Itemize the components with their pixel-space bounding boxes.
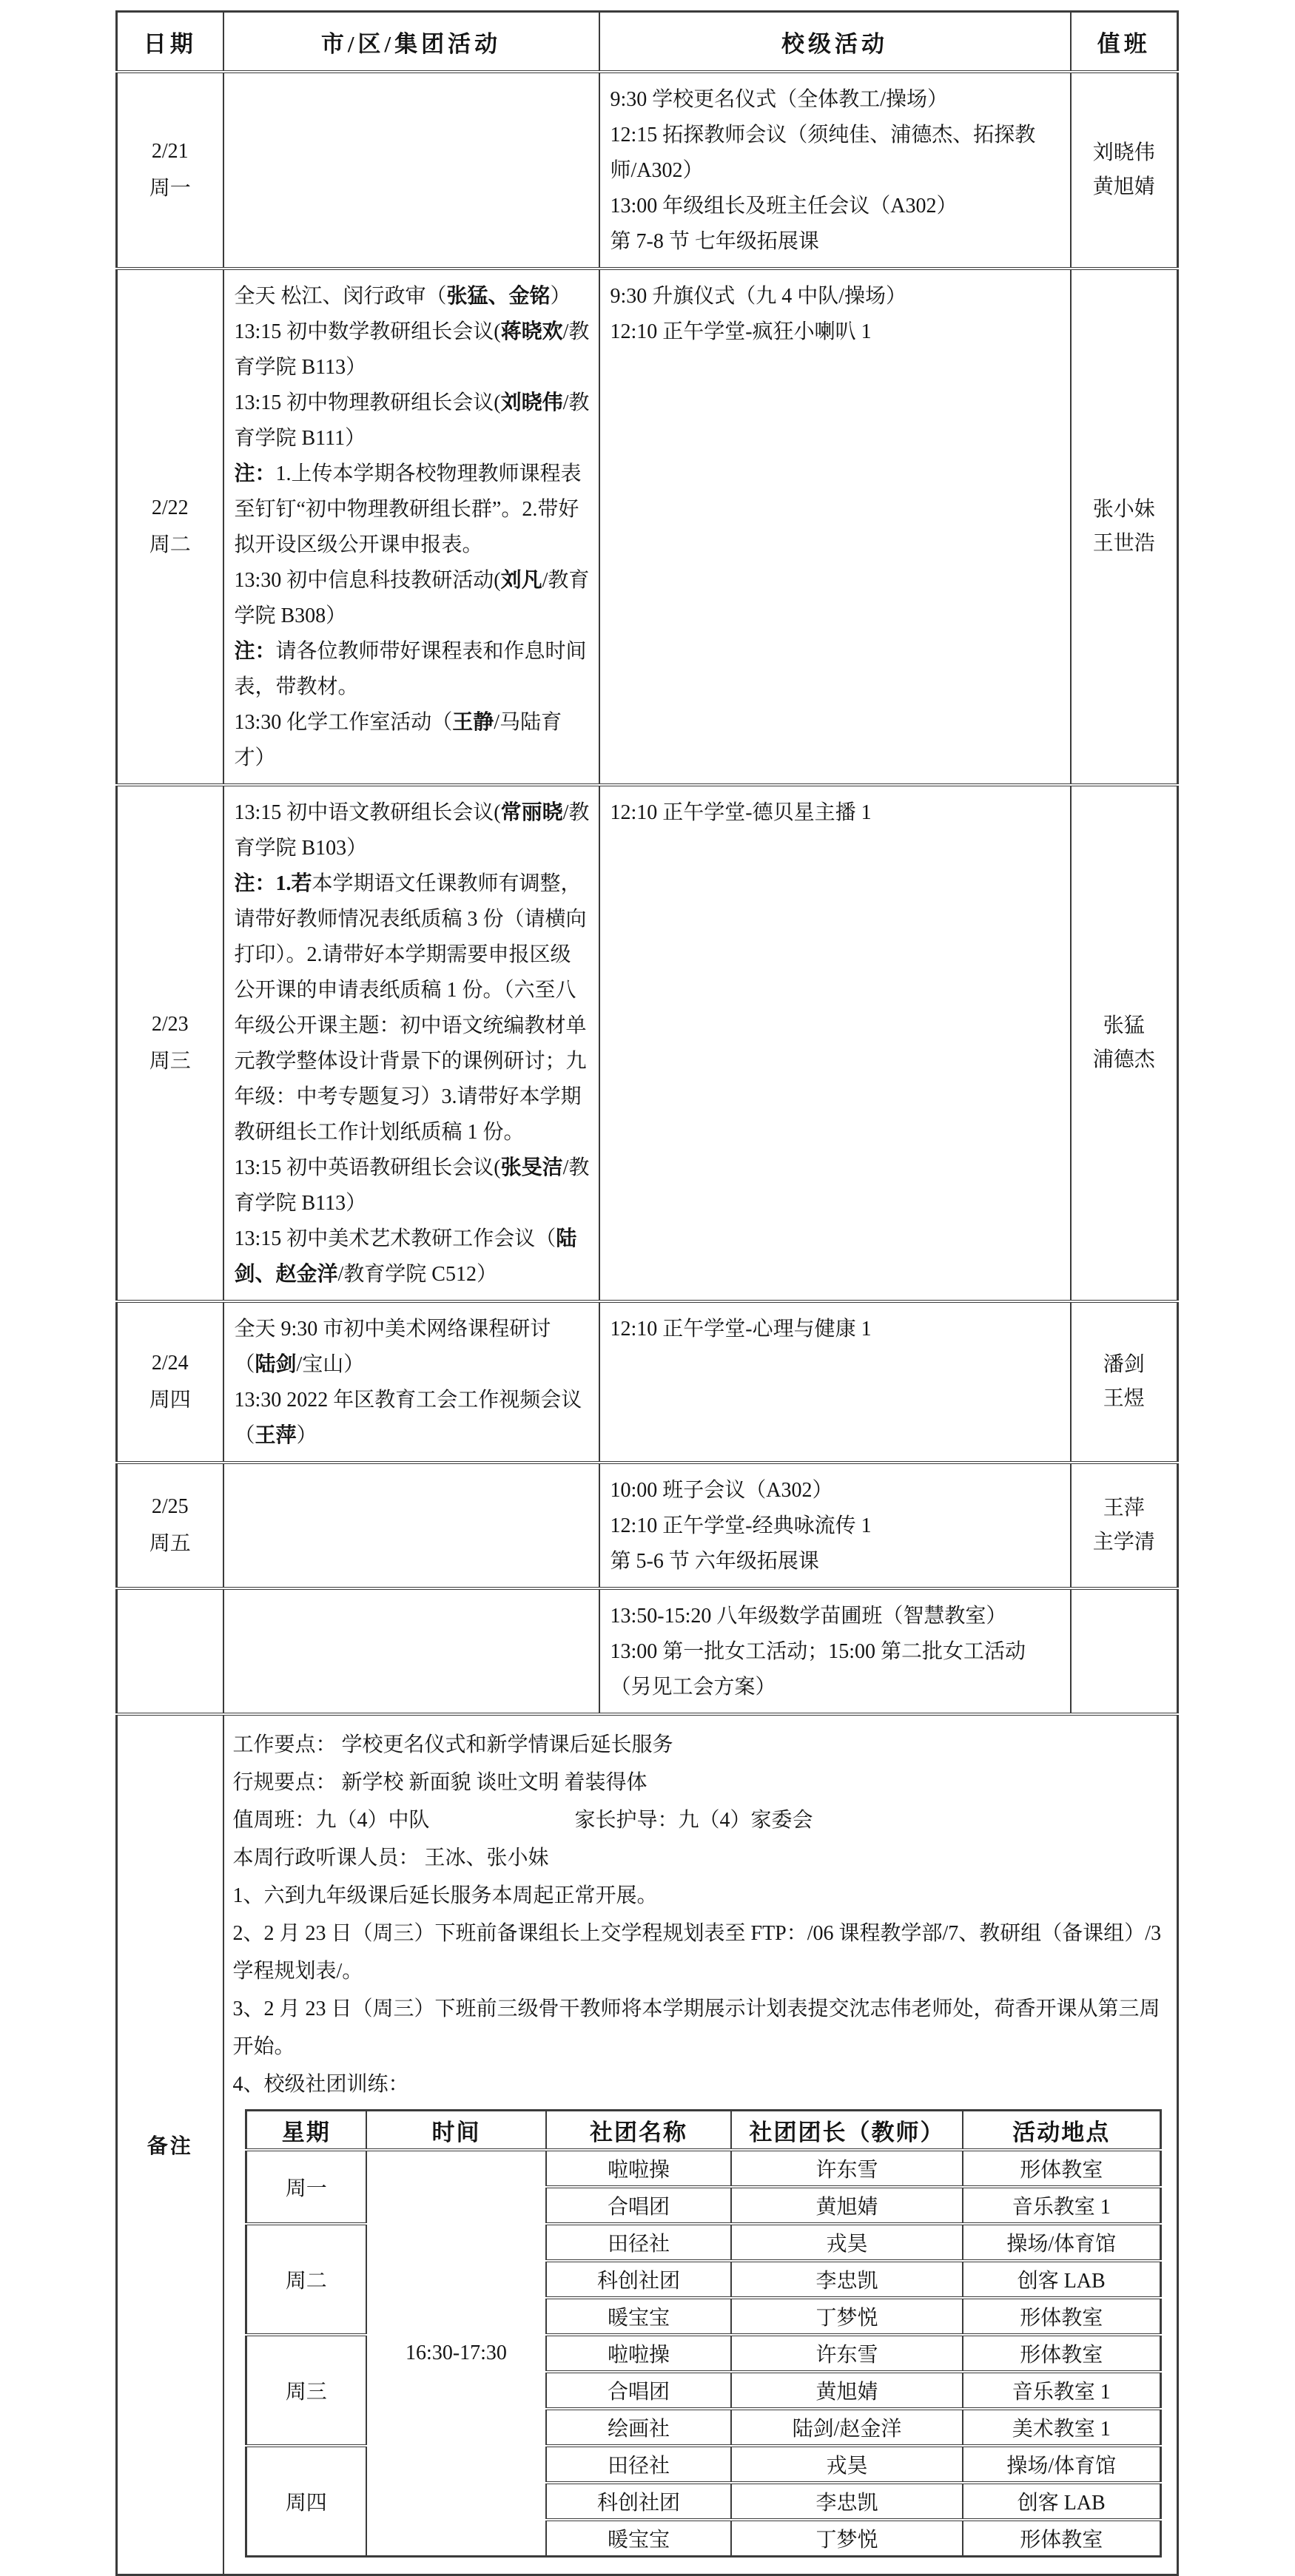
activity-line: 第 7-8 节 七年级拓展课 (610, 224, 1061, 260)
notes-label-cell: 备注 (117, 1714, 223, 2575)
club-leader-cell: 许东雪 (731, 2150, 963, 2187)
header-date: 日期 (117, 12, 223, 73)
text-segment: 张旻洁 (501, 1156, 563, 1179)
school-activities-cell: 13:50-15:20 八年级数学苗圃班（智慧教室）13:00 第一批女工活动；… (599, 1588, 1071, 1714)
activity-line: 13:30 2022 年区教育工会工作视频会议（王萍） (235, 1383, 590, 1454)
club-header-leader: 社团团长（教师） (731, 2111, 963, 2151)
text-segment: 第 5-6 节 六年级拓展课 (610, 1550, 819, 1573)
note-line: 行规要点： 新学校 新面貌 谈吐文明 着装得体 (233, 1764, 1170, 1801)
header-district-activities: 市/区/集团活动 (223, 12, 599, 73)
text-segment: /教育学院 C512） (338, 1263, 497, 1286)
text-segment: 注： (235, 462, 276, 485)
date-cell (117, 1588, 223, 1714)
club-place-cell: 形体教室 (963, 2150, 1160, 2187)
schedule-table: 日期 市/区/集团活动 校级活动 值班 2/21周一9:30 学校更名仪式（全体… (115, 10, 1179, 2576)
note-line: 2、2 月 23 日（周三）下班前备课组长上交学程规划表至 FTP：/06 课程… (233, 1915, 1170, 1990)
club-place-cell: 形体教室 (963, 2335, 1160, 2372)
text-segment: 13:15 初中英语教研组长会议( (235, 1156, 501, 1179)
duty-name: 黄旭婧 (1073, 170, 1176, 204)
district-activities-cell: 全天 松江、闵行政审（张猛、金铭）13:15 初中数学教研组长会议(蒋晓欢/教育… (223, 269, 599, 785)
school-activities-cell: 12:10 正午学堂-心理与健康 1 (599, 1301, 1071, 1463)
duty-name: 潘剑 (1073, 1348, 1176, 1382)
duty-name: 王煜 (1073, 1382, 1176, 1416)
text-segment: 12:10 正午学堂-经典咏流传 1 (610, 1514, 872, 1537)
date-cell: 2/24周四 (117, 1301, 223, 1463)
activity-line: 12:10 正午学堂-心理与健康 1 (610, 1312, 1061, 1347)
activity-line: 12:10 正午学堂-经典咏流传 1 (610, 1508, 1061, 1544)
activity-line: 注：请各位教师带好课程表和作息时间表，带教材。 (235, 634, 590, 705)
activity-line: 12:15 拓探教师会议（须纯佳、浦德杰、拓探教师/A302） (610, 118, 1061, 189)
text-segment: 13:30 初中信息科技教研活动( (235, 569, 501, 592)
date-cell: 2/21周一 (117, 72, 223, 269)
club-header-place: 活动地点 (963, 2111, 1160, 2151)
note-line: 本周行政听课人员： 王冰、张小妹 (233, 1839, 1170, 1877)
text-segment: 张猛、金铭 (447, 285, 551, 308)
text-segment: 王静 (452, 711, 494, 734)
school-activities-cell: 9:30 升旗仪式（九 4 中队/操场）12:10 正午学堂-疯狂小喇叭 1 (599, 269, 1071, 785)
text-segment: 12:10 正午学堂-心理与健康 1 (610, 1318, 872, 1341)
duty-name: 浦德杰 (1073, 1043, 1176, 1077)
activity-line: 12:10 正午学堂-德贝星主播 1 (610, 795, 1061, 831)
text-segment: 9:30 学校更名仪式（全体教工/操场） (610, 88, 949, 111)
text-segment: 本学期语文任课教师有调整，请带好教师情况表纸质稿 3 份（请横向打印）。2.请带… (235, 872, 587, 1144)
duty-name: 张猛 (1073, 1009, 1176, 1043)
text-segment: 蒋晓欢 (501, 320, 563, 343)
text-segment: 请各位教师带好课程表和作息时间表，带教材。 (235, 640, 587, 698)
activity-line: 13:00 年级组长及班主任会议（A302） (610, 189, 1061, 224)
club-header-row: 星期时间社团名称社团团长（教师）活动地点 (246, 2111, 1160, 2151)
text-segment: 常丽晓 (501, 801, 563, 824)
duty-name: 张小妹 (1073, 493, 1176, 527)
text-segment: 13:15 初中物理教研组长会议( (235, 391, 501, 414)
date-text: 2/24 (119, 1345, 221, 1382)
text-segment: 陆剑 (255, 1353, 297, 1376)
club-name-cell: 合唱团 (546, 2187, 731, 2224)
text-segment: 1.上传本学期各校物理教师课程表至钉钉“初中物理教研组长群”。2.带好拟开设区级… (235, 462, 582, 556)
text-segment: 2、2 月 23 日（周三）下班前备课组长上交学程规划表至 FTP：/06 课程… (233, 1922, 1162, 1983)
schedule-row: 13:50-15:20 八年级数学苗圃班（智慧教室）13:00 第一批女工活动；… (117, 1588, 1178, 1714)
club-place-cell: 创客 LAB (963, 2261, 1160, 2298)
date-text: 周五 (119, 1525, 221, 1562)
text-segment: 刘晓伟 (501, 391, 563, 414)
activity-line: 13:30 化学工作室活动（王静/马陆育才） (235, 705, 590, 776)
text-segment: 注：1.若 (235, 872, 312, 895)
club-name-cell: 暖宝宝 (546, 2520, 731, 2557)
school-activities-cell: 9:30 学校更名仪式（全体教工/操场）12:15 拓探教师会议（须纯佳、浦德杰… (599, 72, 1071, 269)
school-activities-cell: 10:00 班子会议（A302）12:10 正午学堂-经典咏流传 1第 5-6 … (599, 1463, 1071, 1588)
duty-name: 主学清 (1073, 1525, 1176, 1560)
activity-line: 12:10 正午学堂-疯狂小喇叭 1 (610, 314, 1061, 350)
text-segment: 13:00 第一批女工活动；15:00 第二批女工活动（另见工会方案） (610, 1640, 1026, 1699)
date-text: 2/21 (119, 133, 221, 170)
club-name-cell: 合唱团 (546, 2372, 731, 2409)
duty-name: 刘晓伟 (1073, 136, 1176, 170)
district-activities-cell: 13:15 初中语文教研组长会议(常丽晓/教育学院 B103）注：1.若本学期语… (223, 785, 599, 1301)
text-segment: ） (551, 285, 571, 308)
club-name-cell: 啦啦操 (546, 2150, 731, 2187)
club-place-cell: 创客 LAB (963, 2483, 1160, 2520)
activity-line: 13:30 初中信息科技教研活动(刘凡/教育学院 B308） (235, 563, 590, 634)
weekly-schedule-sheet: 日期 市/区/集团活动 校级活动 值班 2/21周一9:30 学校更名仪式（全体… (115, 10, 1179, 2576)
text-segment: 王萍 (255, 1424, 297, 1447)
date-text: 周四 (119, 1382, 221, 1419)
district-activities-cell (223, 72, 599, 269)
club-day-cell: 周一 (246, 2150, 366, 2224)
text-segment: 本周行政听课人员： 王冰、张小妹 (233, 1847, 549, 1869)
school-activities-cell: 12:10 正午学堂-德贝星主播 1 (599, 785, 1071, 1301)
activity-line: 注：1.若本学期语文任课教师有调整，请带好教师情况表纸质稿 3 份（请横向打印）… (235, 866, 590, 1150)
notes-row: 备注工作要点： 学校更名仪式和新学情课后延长服务行规要点： 新学校 新面貌 谈吐… (117, 1714, 1178, 2575)
club-place-cell: 操场/体育馆 (963, 2224, 1160, 2261)
schedule-header-row: 日期 市/区/集团活动 校级活动 值班 (117, 12, 1178, 73)
date-text: 2/22 (119, 490, 221, 527)
activity-line: 9:30 学校更名仪式（全体教工/操场） (610, 82, 1061, 118)
note-line: 3、2 月 23 日（周三）下班前三级骨干教师将本学期展示计划表提交沈志伟老师处… (233, 1990, 1170, 2066)
note-line: 值周班：九（4）中队 家长护导：九（4）家委会 (233, 1801, 1170, 1839)
notes-content-cell: 工作要点： 学校更名仪式和新学情课后延长服务行规要点： 新学校 新面貌 谈吐文明… (223, 1714, 1178, 2575)
date-text: 2/23 (119, 1006, 221, 1043)
club-header-time: 时间 (366, 2111, 546, 2151)
activity-line: 10:00 班子会议（A302） (610, 1473, 1061, 1508)
text-segment: 13:50-15:20 八年级数学苗圃班（智慧教室） (610, 1605, 1007, 1628)
activity-line: 全天 松江、闵行政审（张猛、金铭） (235, 279, 590, 314)
text-segment: 12:15 拓探教师会议（须纯佳、浦德杰、拓探教师/A302） (610, 124, 1036, 182)
activity-line: 13:00 第一批女工活动；15:00 第二批女工活动（另见工会方案） (610, 1634, 1061, 1705)
text-segment: 刘凡 (501, 569, 542, 592)
club-day-cell: 周二 (246, 2224, 366, 2335)
activity-line: 注：1.上传本学期各校物理教师课程表至钉钉“初中物理教研组长群”。2.带好拟开设… (235, 456, 590, 563)
club-leader-cell: 黄旭婧 (731, 2187, 963, 2224)
text-segment: 注： (235, 640, 276, 663)
text-segment: 13:30 化学工作室活动（ (235, 711, 453, 734)
note-line: 4、校级社团训练： (233, 2066, 1170, 2103)
duty-cell (1071, 1588, 1178, 1714)
duty-cell: 张小妹王世浩 (1071, 269, 1178, 785)
text-segment: 9:30 升旗仪式（九 4 中队/操场） (610, 285, 907, 308)
header-school-activities: 校级活动 (599, 12, 1071, 73)
text-segment: 4、校级社团训练： (233, 2073, 409, 2096)
club-table: 星期时间社团名称社团团长（教师）活动地点周一16:30-17:30啦啦操许东雪形… (245, 2109, 1162, 2558)
club-header-name: 社团名称 (546, 2111, 731, 2151)
text-segment: 13:15 初中数学教研组长会议( (235, 320, 501, 343)
text-segment: 12:10 正午学堂-德贝星主播 1 (610, 801, 872, 824)
club-leader-cell: 戎昊 (731, 2446, 963, 2483)
duty-cell: 刘晓伟黄旭婧 (1071, 72, 1178, 269)
club-place-cell: 音乐教室 1 (963, 2187, 1160, 2224)
activity-line: 13:15 初中数学教研组长会议(蒋晓欢/教育学院 B113） (235, 314, 590, 385)
club-day-cell: 周三 (246, 2335, 366, 2446)
text-segment: 全天 松江、闵行政审（ (235, 285, 447, 308)
text-segment: 值周班：九（4）中队 家长护导：九（4）家委会 (233, 1809, 813, 1832)
club-place-cell: 形体教室 (963, 2520, 1160, 2557)
text-segment: /宝山） (297, 1353, 365, 1376)
duty-cell: 王萍主学清 (1071, 1463, 1178, 1588)
duty-name: 王世浩 (1073, 527, 1176, 561)
activity-line: 第 5-6 节 六年级拓展课 (610, 1544, 1061, 1579)
club-name-cell: 田径社 (546, 2224, 731, 2261)
club-place-cell: 美术教室 1 (963, 2409, 1160, 2446)
date-text: 周三 (119, 1043, 221, 1080)
club-leader-cell: 丁梦悦 (731, 2298, 963, 2335)
text-segment: 13:15 初中美术艺术教研工作会议（ (235, 1227, 556, 1250)
date-cell: 2/23周三 (117, 785, 223, 1301)
activity-line: 13:15 初中英语教研组长会议(张旻洁/教育学院 B113） (235, 1150, 590, 1221)
text-segment: 12:10 正午学堂-疯狂小喇叭 1 (610, 320, 872, 343)
header-duty: 值班 (1071, 12, 1178, 73)
text-segment: ） (297, 1424, 317, 1447)
date-text: 2/25 (119, 1488, 221, 1525)
text-segment: 1、六到九年级课后延长服务本周起正常开展。 (233, 1884, 658, 1907)
club-leader-cell: 陆剑/赵金洋 (731, 2409, 963, 2446)
club-leader-cell: 戎昊 (731, 2224, 963, 2261)
text-segment: 3、2 月 23 日（周三）下班前三级骨干教师将本学期展示计划表提交沈志伟老师处… (233, 1997, 1160, 2058)
club-time-cell: 16:30-17:30 (366, 2150, 546, 2557)
club-day-cell: 周四 (246, 2446, 366, 2557)
activity-line: 13:50-15:20 八年级数学苗圃班（智慧教室） (610, 1599, 1061, 1634)
club-name-cell: 科创社团 (546, 2483, 731, 2520)
date-text: 周一 (119, 170, 221, 207)
date-text: 周二 (119, 527, 221, 564)
club-leader-cell: 黄旭婧 (731, 2372, 963, 2409)
text-segment: 行规要点： 新学校 新面貌 谈吐文明 着装得体 (233, 1771, 647, 1794)
district-activities-cell: 全天 9:30 市初中美术网络课程研讨（陆剑/宝山）13:30 2022 年区教… (223, 1301, 599, 1463)
text-segment: 第 7-8 节 七年级拓展课 (610, 230, 819, 253)
activity-line: 13:15 初中美术艺术教研工作会议（陆剑、赵金洋/教育学院 C512） (235, 1221, 590, 1292)
schedule-row: 2/23周三13:15 初中语文教研组长会议(常丽晓/教育学院 B103）注：1… (117, 785, 1178, 1301)
date-cell: 2/25周五 (117, 1463, 223, 1588)
schedule-row: 2/25周五10:00 班子会议（A302）12:10 正午学堂-经典咏流传 1… (117, 1463, 1178, 1588)
club-header-weekday: 星期 (246, 2111, 366, 2151)
club-place-cell: 操场/体育馆 (963, 2446, 1160, 2483)
district-activities-cell (223, 1463, 599, 1588)
club-leader-cell: 李忠凯 (731, 2483, 963, 2520)
duty-cell: 张猛浦德杰 (1071, 785, 1178, 1301)
activity-line: 9:30 升旗仪式（九 4 中队/操场） (610, 279, 1061, 314)
text-segment: 13:15 初中语文教研组长会议( (235, 801, 501, 824)
note-line: 工作要点： 学校更名仪式和新学情课后延长服务 (233, 1726, 1170, 1764)
club-row: 周一16:30-17:30啦啦操许东雪形体教室 (246, 2150, 1160, 2187)
text-segment: 13:00 年级组长及班主任会议（A302） (610, 195, 958, 218)
schedule-row: 2/22周二全天 松江、闵行政审（张猛、金铭）13:15 初中数学教研组长会议(… (117, 269, 1178, 785)
club-place-cell: 音乐教室 1 (963, 2372, 1160, 2409)
activity-line: 13:15 初中物理教研组长会议(刘晓伟/教育学院 B111） (235, 385, 590, 456)
club-name-cell: 暖宝宝 (546, 2298, 731, 2335)
club-leader-cell: 许东雪 (731, 2335, 963, 2372)
club-place-cell: 形体教室 (963, 2298, 1160, 2335)
club-name-cell: 绘画社 (546, 2409, 731, 2446)
text-segment: 工作要点： 学校更名仪式和新学情课后延长服务 (233, 1733, 673, 1756)
activity-line: 全天 9:30 市初中美术网络课程研讨（陆剑/宝山） (235, 1312, 590, 1383)
note-line: 1、六到九年级课后延长服务本周起正常开展。 (233, 1877, 1170, 1915)
duty-cell: 潘剑王煜 (1071, 1301, 1178, 1463)
club-table-body: 周一16:30-17:30啦啦操许东雪形体教室合唱团黄旭婧音乐教室 1周二田径社… (246, 2150, 1160, 2557)
club-name-cell: 科创社团 (546, 2261, 731, 2298)
date-cell: 2/22周二 (117, 269, 223, 785)
club-leader-cell: 丁梦悦 (731, 2520, 963, 2557)
club-name-cell: 田径社 (546, 2446, 731, 2483)
schedule-body: 2/21周一9:30 学校更名仪式（全体教工/操场）12:15 拓探教师会议（须… (117, 72, 1178, 2575)
schedule-row: 2/21周一9:30 学校更名仪式（全体教工/操场）12:15 拓探教师会议（须… (117, 72, 1178, 269)
text-segment: 10:00 班子会议（A302） (610, 1479, 833, 1502)
schedule-row: 2/24周四全天 9:30 市初中美术网络课程研讨（陆剑/宝山）13:30 20… (117, 1301, 1178, 1463)
club-leader-cell: 李忠凯 (731, 2261, 963, 2298)
club-name-cell: 啦啦操 (546, 2335, 731, 2372)
district-activities-cell (223, 1588, 599, 1714)
activity-line: 13:15 初中语文教研组长会议(常丽晓/教育学院 B103） (235, 795, 590, 866)
duty-name: 王萍 (1073, 1491, 1176, 1525)
club-table-head: 星期时间社团名称社团团长（教师）活动地点 (246, 2111, 1160, 2151)
